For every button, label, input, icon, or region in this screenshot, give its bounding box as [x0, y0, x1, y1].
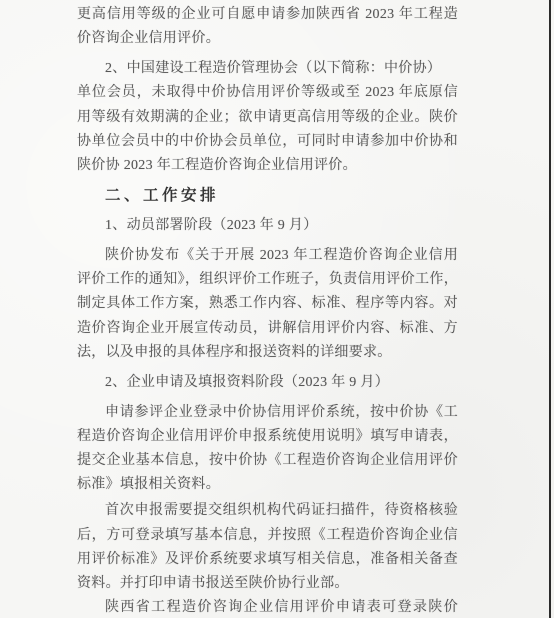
text-line: 用评价标准》及评价系统要求填写相关信息，准备相关备查 [77, 548, 458, 572]
text-line: 价咨询企业信用评价。 [77, 27, 458, 51]
text-line: 协单位会员中的中价协会员单位，可同时申请参加中价协和 [77, 130, 458, 154]
text-line: 评价工作的通知》，组织评价工作班子，负责信用评价工作， [77, 268, 458, 292]
paragraph: 2、中国建设工程造价管理协会（以下简称：中价协）单位会员，未取得中价协信用评价等… [77, 57, 458, 178]
paragraph: 1、动员部署阶段（2023 年 9 月） [77, 214, 458, 238]
text-line: 陕西省工程造价咨询企业信用评价申请表可登录陕价 [77, 596, 458, 618]
text-line: 资料。并打印申请书报送至陕价协行业部。 [77, 572, 458, 596]
text-line: 制定具体工作方案，熟悉工作内容、标准、程序等内容。对 [77, 292, 458, 316]
text-line: 更高信用等级的企业可自愿申请参加陕西省 2023 年工程造 [77, 3, 458, 27]
paragraph: 首次申报需要提交组织机构代码证扫描件，待资格核验后，方可登录填写基本信息，并按照… [77, 499, 458, 596]
document-body: 更高信用等级的企业可自愿申请参加陕西省 2023 年工程造价咨询企业信用评价。2… [77, 3, 458, 618]
text-line: 2、中国建设工程造价管理协会（以下简称：中价协） [77, 57, 458, 81]
heading-text: 二、工作安排 [77, 184, 458, 208]
text-line: 单位会员，未取得中价协信用评价等级或至 2023 年底原信 [77, 81, 458, 105]
text-line: 申请参评企业登录中价协信用评价系统，按中价协《工 [77, 401, 458, 425]
paragraph: 申请参评企业登录中价协信用评价系统，按中价协《工程造价咨询企业信用评价申报系统使… [77, 401, 458, 498]
text-line: 用等级有效期满的企业；欲申请更高信用等级的企业。陕价 [77, 106, 458, 130]
text-line: 法，以及申报的具体程序和报送资料的详细要求。 [77, 341, 458, 365]
text-line: 2、企业申请及填报资料阶段（2023 年 9 月） [77, 371, 458, 395]
section-heading: 二、工作安排 [77, 184, 458, 208]
document-page: 更高信用等级的企业可自愿申请参加陕西省 2023 年工程造价咨询企业信用评价。2… [0, 0, 554, 618]
text-line: 造价咨询企业开展宣传动员，讲解信用评价内容、标准、方 [77, 317, 458, 341]
paragraph: 2、企业申请及填报资料阶段（2023 年 9 月） [77, 371, 458, 395]
text-line: 陕价协发布《关于开展 2023 年工程造价咨询企业信用 [77, 244, 458, 268]
text-line: 提交企业基本信息，按中价协《工程造价咨询企业信用评价 [77, 449, 458, 473]
text-line: 程造价咨询企业信用评价申报系统使用说明》填写申请表， [77, 425, 458, 449]
text-line: 1、动员部署阶段（2023 年 9 月） [77, 214, 458, 238]
text-line: 首次申报需要提交组织机构代码证扫描件，待资格核验 [77, 499, 458, 523]
scan-edge-line [549, 0, 551, 618]
text-line: 标准》填报相关资料。 [77, 473, 458, 497]
paragraph: 陕价协发布《关于开展 2023 年工程造价咨询企业信用评价工作的通知》，组织评价… [77, 244, 458, 365]
text-line: 后，方可登录填写基本信息，并按照《工程造价咨询企业信 [77, 524, 458, 548]
paragraph: 陕西省工程造价咨询企业信用评价申请表可登录陕价 [77, 596, 458, 618]
paragraph: 更高信用等级的企业可自愿申请参加陕西省 2023 年工程造价咨询企业信用评价。 [77, 3, 458, 51]
text-line: 陕价协 2023 年工程造价咨询企业信用评价。 [77, 154, 458, 178]
